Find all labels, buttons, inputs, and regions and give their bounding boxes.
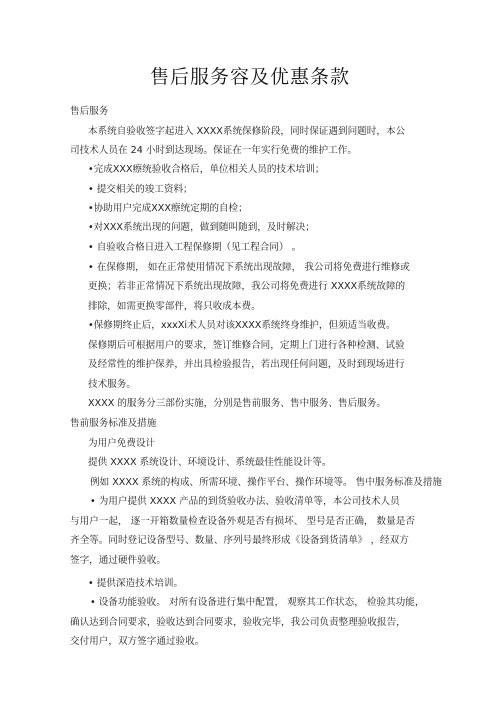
text-line: • 提供深造技术培训。	[88, 578, 183, 590]
text-line: XXXX 的服务分三部份实施，分别是售前服务、售中服务、售后服务。	[88, 398, 386, 410]
text-line: 司技术人员在 24 小时到达现场。保证在一年实行免费的维护工作。	[70, 145, 357, 157]
text-line: • 自验收合格日进入工程保修期（见工程合同） 。	[88, 242, 301, 254]
text-line: 交付用户，双方签字通过验收。	[70, 636, 204, 648]
text-line: •保修期终止后，xxxXi术人员对该XXXX系统终身维护，但须适当收费。	[88, 320, 396, 332]
text-line: • 在保修期， 如在正常使用情况下系统出现故障， 我公司将免费进行维修或	[88, 262, 410, 274]
text-line: 保修期后可根据用户的要求，签订维修合同，定期上门进行各种检测、试验	[88, 340, 405, 352]
document-title: 售后服务容及优惠条款	[0, 62, 500, 89]
text-line: 与用户一起， 逐一开箱数量检查设备外观是否有损坏、 型号是否正确， 数量是否	[70, 516, 415, 528]
text-line: 确认达到合同要求，验收达到合同要求，验收完毕，我公司负责整理验收报告，	[70, 617, 406, 629]
text-line: 技术服务。	[88, 379, 136, 391]
text-line: 本系统自验收签字起进入 XXXX系统保修阶段，同时保证遇到问题时，本公	[88, 126, 405, 138]
text-line: 排除，如需更换零部件，将只收成本费。	[88, 301, 261, 313]
text-line: • 为用户提供 XXXX 产品的到货验收办法、验收清单等，本公司技术人员	[90, 496, 400, 508]
text-line: • 设备功能验收。 对所有设备进行集中配置， 观察其工作状态， 检验其功能，	[90, 597, 424, 609]
text-line: 售前服务标准及措施	[70, 418, 156, 430]
text-line: 提供 XXXX 系统设计、环境设计、系统最佳性能设计等。	[88, 457, 331, 469]
text-line: 更换；若非正常情况下系统出现故障，我公司将免费进行 XXXX系统故障的	[88, 281, 405, 293]
text-line: •对XXX系统出现的问题，做到随叫随到，及时解决；	[88, 222, 315, 234]
text-line: 签字，通过硬件验收。	[70, 555, 166, 567]
text-line: 齐全等。同时登记设备型号、数量、序列号最终形成《设备到货清单》 ，经双方	[70, 535, 409, 547]
text-line: 售后服务	[70, 106, 108, 118]
text-line: 为用户免费设计	[88, 438, 155, 450]
text-line: 例如 XXXX 系统的构成、所需环境、操作平台、操作环境等。 售中服务标准及措施	[90, 477, 442, 489]
text-line: •协助用户完成XXX瘵统定期的自检；	[88, 203, 248, 215]
text-line: •完成XXX瘵统验收合格后，单位相关人员的技术培训；	[88, 164, 324, 176]
text-line: 及经常性的维护保养，并出具检验报告，若出现任何问题，及时到现场进行	[88, 359, 405, 371]
text-line: • 提交相关的竣工资料；	[88, 184, 193, 196]
